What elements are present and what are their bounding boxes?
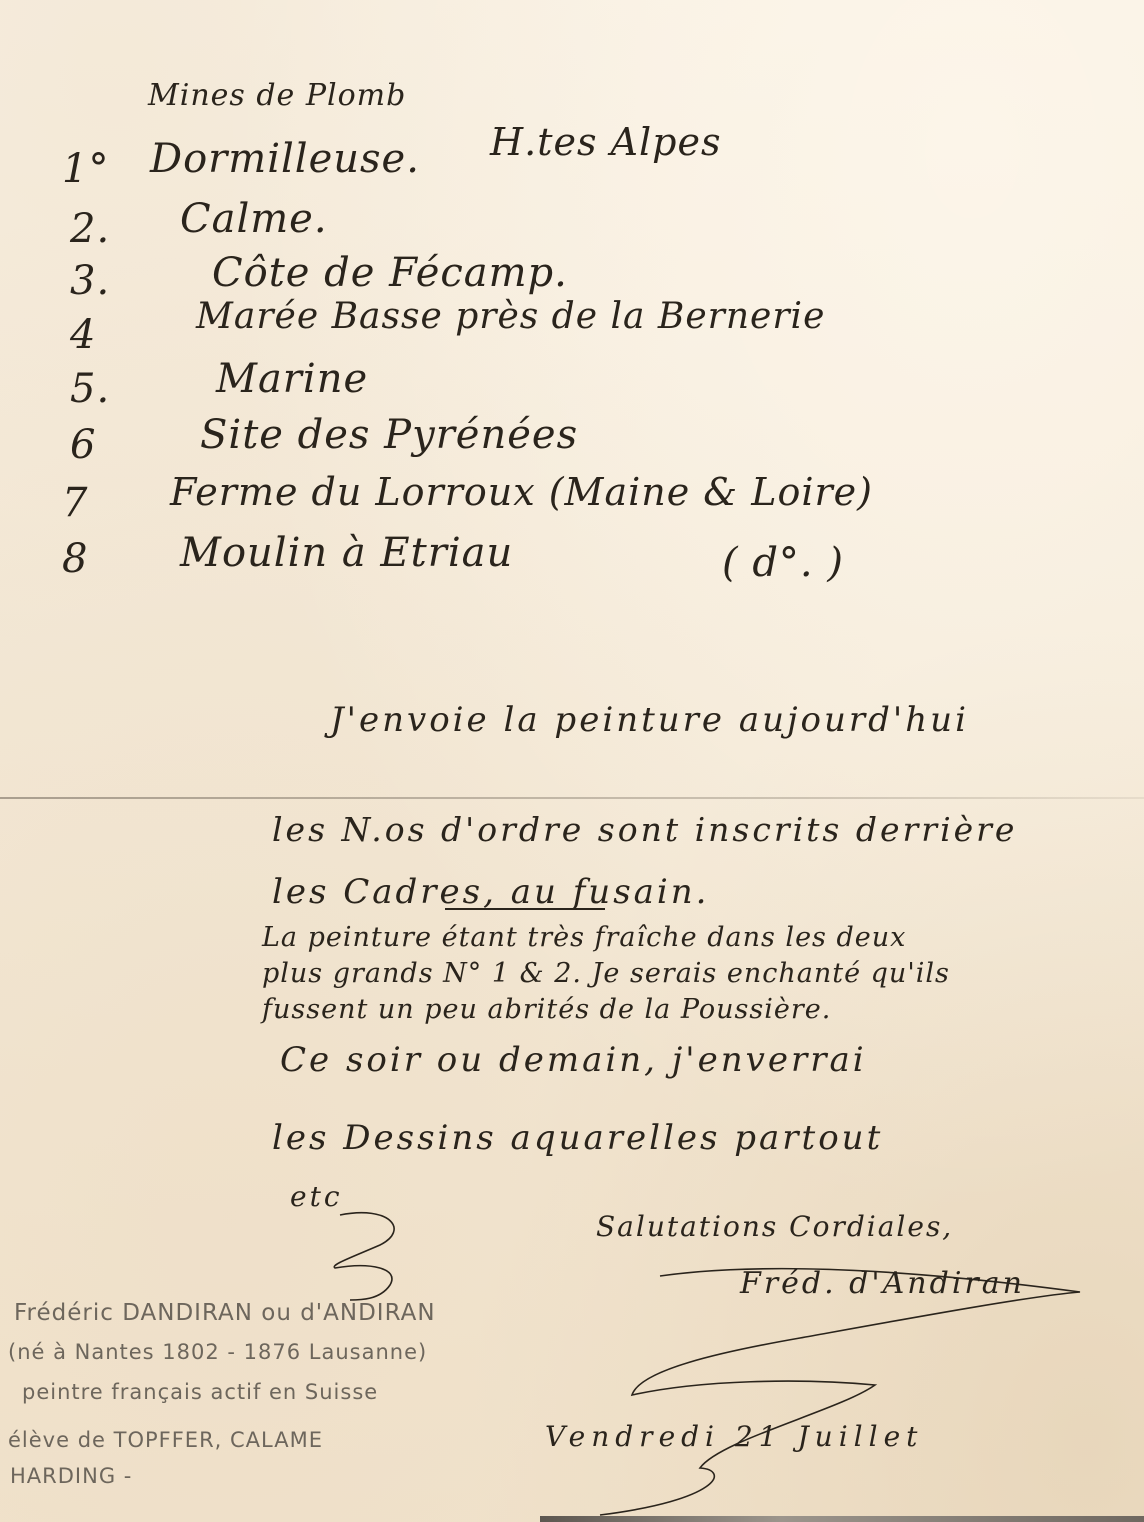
list-item-note: ( d°. ): [722, 540, 844, 586]
body-line: les Cadres, au fusain.: [272, 872, 710, 912]
list-number: 2.: [70, 206, 110, 252]
list-number: 4: [70, 312, 96, 358]
annotation-line: (né à Nantes 1802 - 1876 Lausanne): [8, 1340, 427, 1364]
list-number: 5.: [70, 366, 110, 412]
letter-closing: Salutations Cordiales,: [596, 1210, 953, 1243]
list-item-title: Calme.: [180, 196, 328, 242]
fusain-underline: [445, 908, 605, 910]
body-line: plus grands N° 1 & 2. Je serais enchanté…: [262, 958, 950, 989]
list-item-title: Côte de Fécamp.: [212, 250, 568, 296]
list-item-title: Marée Basse près de la Bernerie: [196, 296, 825, 337]
list-item-note: H.tes Alpes: [490, 120, 721, 164]
list-item-title: Moulin à Etriau: [180, 530, 513, 576]
letter-date: Vendredi 21 Juillet: [545, 1420, 923, 1453]
annotation-line: HARDING -: [10, 1464, 132, 1488]
bracket-flourish-icon: [334, 1213, 394, 1300]
annotation-line: Frédéric DANDIRAN ou d'ANDIRAN: [14, 1300, 436, 1326]
body-line: les Dessins aquarelles partout: [272, 1118, 883, 1158]
signature: Fréd. d'Andiran: [740, 1266, 1025, 1301]
list-number: 7: [62, 480, 88, 526]
list-item-title: Dormilleuse.: [150, 136, 420, 182]
body-line: J'envoie la peinture aujourd'hui: [330, 700, 969, 740]
body-line: fussent un peu abrités de la Poussière.: [262, 994, 831, 1025]
paper-fold-line: [0, 797, 1144, 799]
body-line: etc: [290, 1180, 343, 1213]
signature-paraph-icon: [600, 1269, 1080, 1515]
list-item-title: Marine: [216, 356, 368, 402]
body-line: Ce soir ou demain, j'enverrai: [280, 1040, 867, 1080]
annotation-line: élève de TOPFFER, CALAME: [8, 1428, 323, 1452]
body-line: La peinture étant très fraîche dans les …: [262, 922, 906, 953]
list-number: 6: [70, 422, 96, 468]
body-line: les N.os d'ordre sont inscrits derrière: [272, 810, 1017, 849]
list-item-title: Site des Pyrénées: [200, 412, 578, 458]
list-item-title: Ferme du Lorroux (Maine & Loire): [170, 470, 873, 514]
annotation-line: peintre français actif en Suisse: [22, 1380, 378, 1404]
scan-edge-shadow: [540, 1516, 1144, 1522]
list-number: 3.: [70, 258, 110, 304]
letter-heading: Mines de Plomb: [148, 78, 406, 113]
list-number: 1°: [62, 146, 109, 192]
manuscript-page: Mines de Plomb 1° Dormilleuse. H.tes Alp…: [0, 0, 1144, 1522]
list-number: 8: [62, 536, 88, 582]
